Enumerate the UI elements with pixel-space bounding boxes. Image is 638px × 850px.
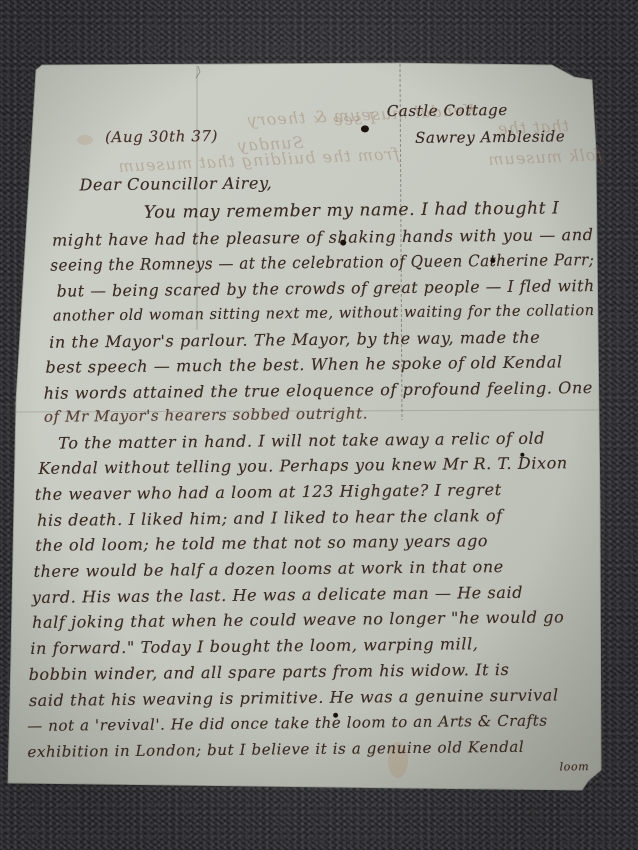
ink-blot xyxy=(361,125,369,132)
ink-blot xyxy=(490,258,495,263)
letter-line-12: the weaver who had a loom at 123 Highgat… xyxy=(35,482,502,503)
ink-blot xyxy=(333,713,338,718)
sender-address-line1: Castle Cottage xyxy=(387,103,508,119)
letter-line-15: there would be half a dozen looms at wor… xyxy=(33,559,503,580)
letter-date: (Aug 30th 37) xyxy=(105,129,218,145)
letter-line-1: You may remember my name. I had thought … xyxy=(144,200,560,221)
letter-content: Kendal museum & theory I see that the fr… xyxy=(0,0,638,850)
letter-line-19: bobbin winder, and all spare parts from … xyxy=(29,662,510,683)
letter-line-21: — not a 'revival'. He did once take the … xyxy=(27,714,548,734)
letter-line-18: in forward." Today I bought the loom, wa… xyxy=(30,636,478,657)
letter-line-4: but — being scared by the crowds of grea… xyxy=(57,278,595,300)
sender-address-line2: Sawrey Ambleside xyxy=(415,129,565,146)
letter-line-8: his words attained the true eloquence of… xyxy=(44,380,593,402)
letter-line-20: said that his weaving is primitive. He w… xyxy=(29,687,559,709)
letter-line-16: yard. His was the last. He was a delicat… xyxy=(32,585,523,606)
letter-line-10: To the matter in hand. I will not take a… xyxy=(58,431,545,452)
salutation: Dear Councillor Airey, xyxy=(79,175,272,193)
bleed-through-text: Sunday xyxy=(237,133,304,155)
letter-line-3: seeing the Romneys — at the celebration … xyxy=(50,252,594,274)
letter-line-22: exhibition in London; but I believe it i… xyxy=(27,740,524,760)
letter-line-11: Kendal without telling you. Perhaps you … xyxy=(38,455,567,477)
letter-line-14: the old loom; he told me that not so man… xyxy=(35,533,488,554)
letter-line-7: best speech — much the best. When he spo… xyxy=(45,354,562,375)
bleed-through-text: folk museum xyxy=(487,145,603,169)
ink-blot xyxy=(340,240,346,246)
bleed-through-text: I see xyxy=(331,109,375,130)
letter-line-9: of Mr Mayor's hearers sobbed outright. xyxy=(44,406,368,424)
letter-line-6: in the Mayor's parlour. The Mayor, by th… xyxy=(49,330,540,351)
margin-note: loom xyxy=(560,761,590,772)
letter-line-13: his death. I liked him; and I liked to h… xyxy=(37,508,503,529)
ink-blot xyxy=(520,453,524,457)
letter-line-17: half joking that when he could weave no … xyxy=(32,609,564,631)
letter-line-2: might have had the pleasure of shaking h… xyxy=(52,227,594,249)
letter-line-5: another old woman sitting next me, witho… xyxy=(53,303,595,324)
